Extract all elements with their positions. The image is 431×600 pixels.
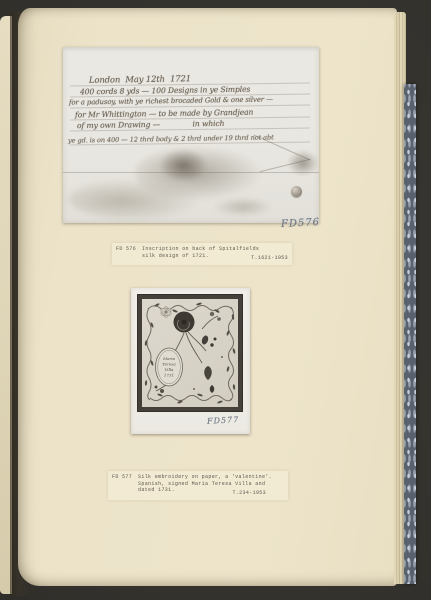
photo-embroidery: Maria Teresa Villa 1731 FD577: [131, 288, 250, 434]
caption-2-id: FD 577: [112, 474, 132, 481]
handwriting-line: London May 12th 1721: [89, 73, 191, 85]
cartouche-line: Maria: [162, 356, 176, 361]
embroidery-frame: Maria Teresa Villa 1731: [137, 294, 243, 412]
photo1-id-label: FD576: [281, 217, 321, 230]
caption-2: FD 577 Silk embroidery on paper, a 'vale…: [108, 471, 288, 500]
caption-1-line: Inscription on back of Spitalfields: [142, 246, 288, 253]
ink-smudge: [213, 197, 273, 217]
cartouche-line: Teresa: [162, 362, 176, 367]
cartouche-line: 1731: [164, 373, 174, 378]
cartouche-line: Villa: [164, 367, 174, 372]
caption-2-museum-number: T.234-1953: [232, 490, 266, 497]
embroidery-panel: Maria Teresa Villa 1731: [142, 299, 238, 407]
pomegranate-motif: [204, 366, 212, 380]
signature-cartouche: Maria Teresa Villa 1731: [156, 348, 183, 386]
white-flower: [160, 307, 173, 318]
photo2-id-label: FD577: [207, 415, 240, 426]
ink-smudge: [69, 179, 199, 219]
book-scan: London May 12th 1721 400 cords 8 yds — 1…: [0, 0, 431, 600]
hanging-bud: [210, 385, 215, 393]
marbled-cover-edge: [404, 84, 416, 584]
caption-1-museum-number: T.1621-1953: [251, 255, 288, 262]
embroidery-floral-art: Maria Teresa Villa 1731: [142, 299, 238, 407]
caption-2-line: Silk embroidery on paper, a 'valentine'.: [138, 474, 284, 481]
sketched-ball: [291, 186, 302, 197]
rose-bloom: [174, 312, 195, 333]
caption-1-id: FD 576: [116, 246, 136, 253]
caption-1: FD 576 Inscription on back of Spitalfiel…: [112, 243, 292, 265]
ink-smudge: [159, 149, 207, 181]
caption-2-line: Spanish, signed Maria Teresa Villa and: [138, 481, 284, 488]
pencil-scratch: [253, 134, 310, 160]
photo-inscription: London May 12th 1721 400 cords 8 yds — 1…: [63, 47, 319, 223]
